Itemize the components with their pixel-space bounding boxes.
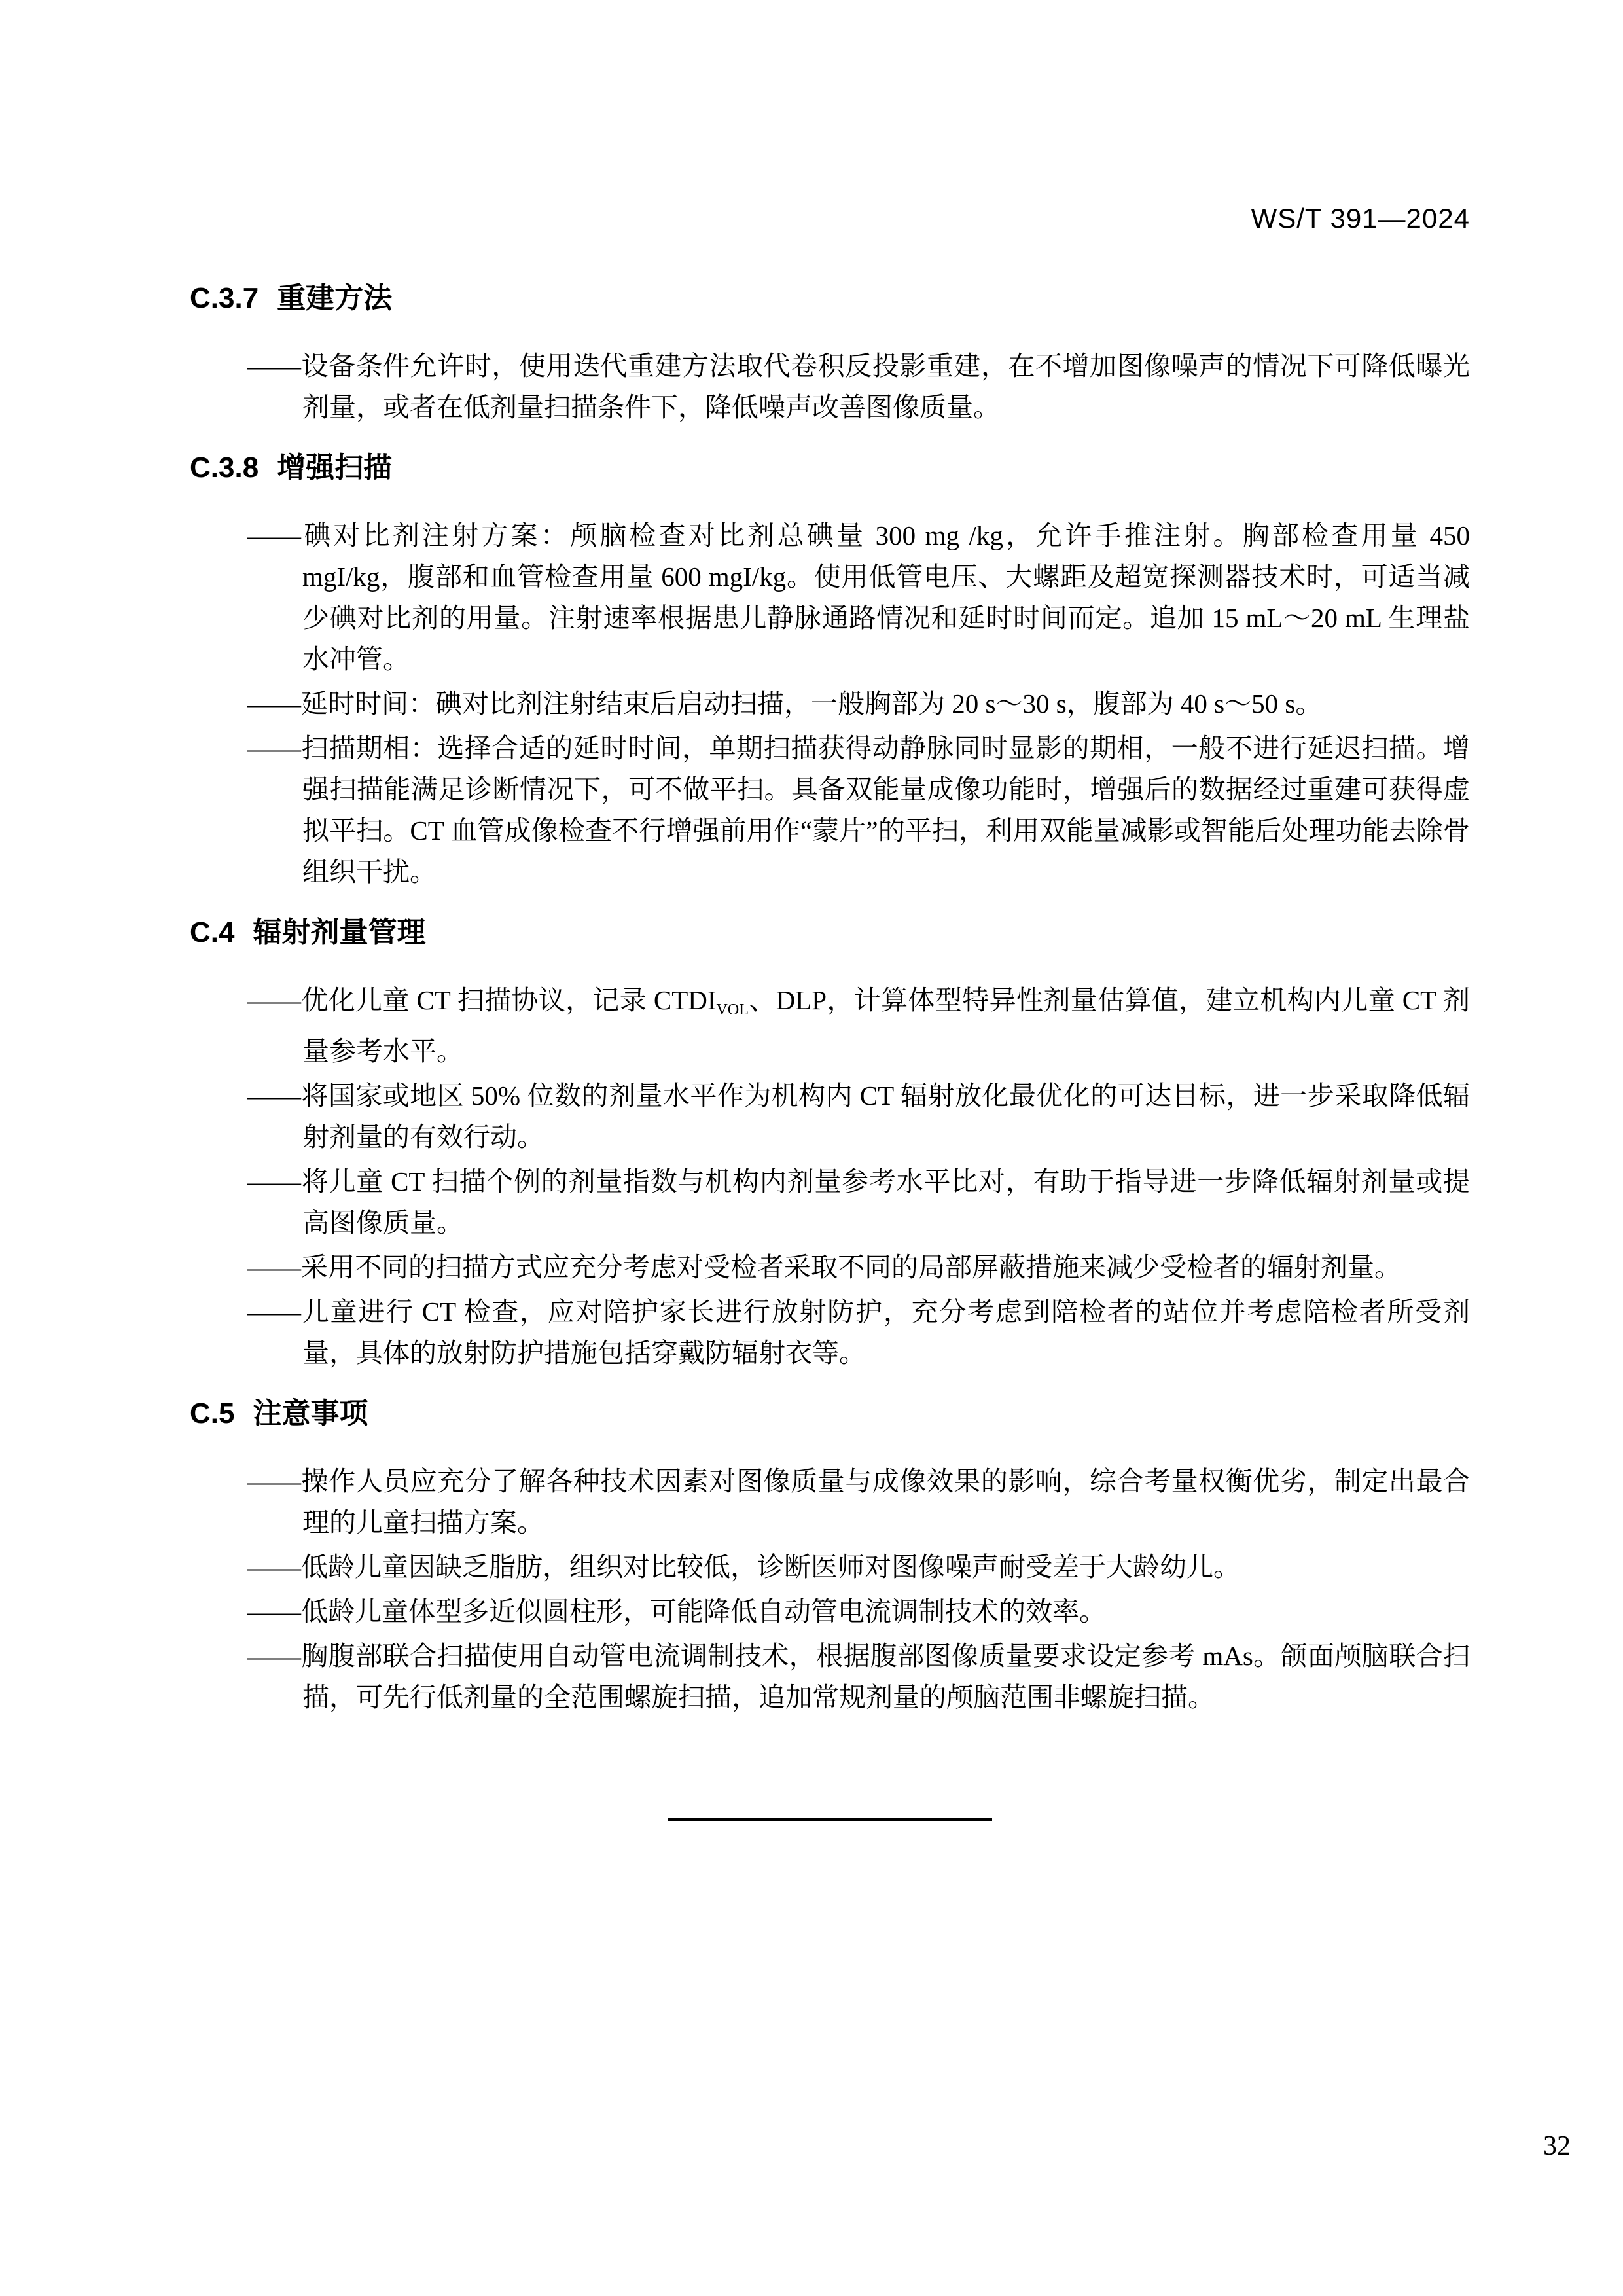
- item-text: 胸腹部联合扫描使用自动管电流调制技术，根据腹部图像质量要求设定参考 mAs。颌面…: [301, 1641, 1470, 1712]
- section-number: C.5: [190, 1393, 234, 1434]
- item-text: 采用不同的扫描方式应充分考虑对受检者采取不同的局部屏蔽措施来减少受检者的辐射剂量…: [301, 1252, 1401, 1282]
- item-text: 碘对比剂注射方案：颅脑检查对比剂总碘量 300 mg /kg，允许手推注射。胸部…: [301, 520, 1470, 674]
- item-dash: ——: [247, 1297, 301, 1327]
- item-dash: ——: [247, 733, 301, 763]
- document-page: WS/T 391—2024 C.3.7重建方法 ——设备条件允许时，使用迭代重建…: [0, 0, 1623, 2296]
- page-number: 32: [190, 2126, 1571, 2167]
- list-item: ——低龄儿童体型多近似圆柱形，可能降低自动管电流调制技术的效率。: [190, 1591, 1470, 1632]
- item-dash: ——: [247, 1466, 301, 1496]
- section-title: 辐射剂量管理: [253, 916, 425, 948]
- item-dash: ——: [247, 1081, 301, 1111]
- item-dash: ——: [247, 985, 301, 1015]
- section-title: 重建方法: [277, 282, 392, 314]
- item-text: 操作人员应充分了解各种技术因素对图像质量与成像效果的影响，综合考量权衡优劣，制定…: [301, 1466, 1470, 1537]
- list-item: ——低龄儿童因缺乏脂肪，组织对比较低，诊断医师对图像噪声耐受差于大龄幼儿。: [190, 1547, 1470, 1588]
- item-text: 延时时间：碘对比剂注射结束后启动扫描，一般胸部为 20 s～30 s，腹部为 4…: [301, 689, 1322, 719]
- section-c38: C.3.8增强扫描 ——碘对比剂注射方案：颅脑检查对比剂总碘量 300 mg /…: [190, 447, 1470, 893]
- section-heading: C.3.7重建方法: [190, 278, 1470, 319]
- section-c4: C.4辐射剂量管理 ——优化儿童 CT 扫描协议，记录 CTDIVOL、DLP，…: [190, 912, 1470, 1374]
- section-heading: C.3.8增强扫描: [190, 447, 1470, 488]
- item-dash: ——: [247, 1641, 301, 1671]
- section-c37: C.3.7重建方法 ——设备条件允许时，使用迭代重建方法取代卷积反投影重建，在不…: [190, 278, 1470, 428]
- standard-code: WS/T 391—2024: [190, 0, 1470, 239]
- item-dash: ——: [247, 1252, 301, 1282]
- section-c5: C.5注意事项 ——操作人员应充分了解各种技术因素对图像质量与成像效果的影响，综…: [190, 1393, 1470, 1718]
- section-title: 注意事项: [253, 1397, 368, 1429]
- item-dash: ——: [247, 1166, 301, 1196]
- section-number: C.4: [190, 912, 234, 953]
- list-item: ——采用不同的扫描方式应充分考虑对受检者采取不同的局部屏蔽措施来减少受检者的辐射…: [190, 1247, 1470, 1288]
- item-text: 扫描期相：选择合适的延时时间，单期扫描获得动静脉同时显影的期相，一般不进行延迟扫…: [301, 733, 1470, 887]
- list-item: ——设备条件允许时，使用迭代重建方法取代卷积反投影重建，在不增加图像噪声的情况下…: [190, 346, 1470, 428]
- item-text: 优化儿童 CT 扫描协议，记录 CTDI: [301, 985, 717, 1015]
- item-dash: ——: [247, 520, 301, 550]
- section-number: C.3.7: [190, 278, 259, 319]
- section-heading: C.5注意事项: [190, 1393, 1470, 1434]
- item-text: 将儿童 CT 扫描个例的剂量指数与机构内剂量参考水平比对，有助于指导进一步降低辐…: [301, 1166, 1470, 1238]
- list-item: ——操作人员应充分了解各种技术因素对图像质量与成像效果的影响，综合考量权衡优劣，…: [190, 1461, 1470, 1543]
- item-text: 低龄儿童因缺乏脂肪，组织对比较低，诊断医师对图像噪声耐受差于大龄幼儿。: [301, 1552, 1240, 1582]
- item-dash: ——: [247, 1552, 301, 1582]
- list-item: ——将国家或地区 50% 位数的剂量水平作为机构内 CT 辐射放化最优化的可达目…: [190, 1075, 1470, 1158]
- section-number: C.3.8: [190, 447, 259, 488]
- ctdi-vol-subscript: VOL: [717, 1001, 749, 1018]
- item-dash: ——: [247, 689, 301, 719]
- section-heading: C.4辐射剂量管理: [190, 912, 1470, 953]
- list-item: ——延时时间：碘对比剂注射结束后启动扫描，一般胸部为 20 s～30 s，腹部为…: [190, 683, 1470, 725]
- list-item: ——碘对比剂注射方案：颅脑检查对比剂总碘量 300 mg /kg，允许手推注射。…: [190, 515, 1470, 680]
- list-item: ——扫描期相：选择合适的延时时间，单期扫描获得动静脉同时显影的期相，一般不进行延…: [190, 728, 1470, 893]
- item-text: 儿童进行 CT 检查，应对陪护家长进行放射防护，充分考虑到陪检者的站位并考虑陪检…: [301, 1297, 1470, 1368]
- list-item: ——将儿童 CT 扫描个例的剂量指数与机构内剂量参考水平比对，有助于指导进一步降…: [190, 1161, 1470, 1244]
- end-of-document-rule: [668, 1818, 992, 1821]
- item-dash: ——: [247, 351, 301, 381]
- list-item: ——优化儿童 CT 扫描协议，记录 CTDIVOL、DLP，计算体型特异性剂量估…: [190, 980, 1470, 1072]
- list-item: ——儿童进行 CT 检查，应对陪护家长进行放射防护，充分考虑到陪检者的站位并考虑…: [190, 1291, 1470, 1374]
- section-title: 增强扫描: [277, 452, 392, 484]
- list-item: ——胸腹部联合扫描使用自动管电流调制技术，根据腹部图像质量要求设定参考 mAs。…: [190, 1636, 1470, 1718]
- item-text: 设备条件允许时，使用迭代重建方法取代卷积反投影重建，在不增加图像噪声的情况下可降…: [301, 351, 1470, 422]
- item-text: 将国家或地区 50% 位数的剂量水平作为机构内 CT 辐射放化最优化的可达目标，…: [301, 1081, 1470, 1152]
- item-text: 低龄儿童体型多近似圆柱形，可能降低自动管电流调制技术的效率。: [301, 1596, 1106, 1626]
- item-dash: ——: [247, 1596, 301, 1626]
